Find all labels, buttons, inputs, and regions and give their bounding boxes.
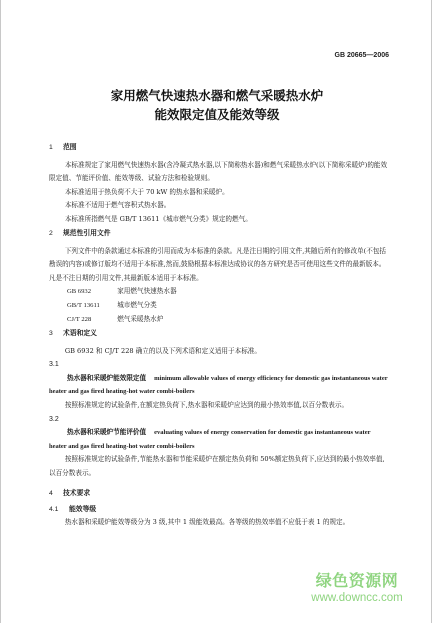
watermark-url: www.downcc.com — [297, 591, 417, 605]
document-title: 家用燃气快速热水器和燃气采暖热水炉 能效限定值及能效等级 — [1, 86, 432, 124]
section-3: 3术语和定义 GB 6932 和 CJ/T 228 确立的以及下列术语和定义适用… — [49, 327, 389, 481]
paragraph: 热水器和采暖炉能效等级分为 3 级,其中 1 级能效最高。各等级的热效率值不应低… — [49, 516, 389, 530]
paragraph: 本标准所指燃气是 GB/T 13611《城市燃气分类》规定的燃气。 — [49, 213, 389, 227]
reference-item: CJ/T 228 燃气采暖热水炉 — [67, 313, 389, 327]
document-page: GB 20665—2006 家用燃气快速热水器和燃气采暖热水炉 能效限定值及能效… — [0, 0, 432, 623]
subsection-heading: 4.1能效等级 — [49, 503, 389, 517]
section-heading: 2规范性引用文件 — [49, 227, 389, 241]
paragraph: GB 6932 和 CJ/T 228 确立的以及下列术语和定义适用于本标准。 — [49, 345, 389, 359]
watermark: 绿色资源网 www.downcc.com — [297, 571, 417, 605]
term-definition: 按照标准规定的试验条件,节能热水器和节能采暖炉在额定热负荷和 50%额定热负荷下… — [49, 453, 389, 480]
section-2: 2规范性引用文件 下列文件中的条款通过本标准的引用而成为本标准的条款。凡是注日期… — [49, 227, 389, 326]
paragraph: 本标准规定了家用燃气快速热水器(含冷凝式热水器,以下简称热水器)和燃气采暖热水炉… — [49, 159, 389, 186]
reference-item: GB 6932 家用燃气快速热水器 — [67, 285, 389, 299]
section-heading: 3术语和定义 — [49, 327, 389, 341]
paragraph: 本标准不适用于燃气容积式热水器。 — [49, 199, 389, 213]
section-heading: 1范围 — [49, 141, 389, 155]
title-line-1: 家用燃气快速热水器和燃气采暖热水炉 — [1, 86, 432, 105]
watermark-name: 绿色资源网 — [297, 571, 417, 591]
section-1: 1范围 本标准规定了家用燃气快速热水器(含冷凝式热水器,以下简称热水器)和燃气采… — [49, 141, 389, 227]
term-number: 3.1 — [49, 358, 389, 372]
title-line-2: 能效限定值及能效等级 — [1, 105, 432, 124]
term-number: 3.2 — [49, 413, 389, 427]
reference-item: GB/T 13611 城市燃气分类 — [67, 299, 389, 313]
section-heading: 4技术要求 — [49, 487, 389, 501]
section-4: 4技术要求 4.1能效等级 热水器和采暖炉能效等级分为 3 级,其中 1 级能效… — [49, 487, 389, 530]
term-definition: 按照标准规定的试验条件,在额定热负荷下,热水器和采暖炉应达到的最小热效率值,以百… — [49, 399, 389, 413]
standard-number: GB 20665—2006 — [335, 52, 389, 59]
paragraph: 下列文件中的条款通过本标准的引用而成为本标准的条款。凡是注日期的引用文件,其随后… — [49, 245, 389, 286]
paragraph: 本标准适用于热负荷不大于 70 kW 的热水器和采暖炉。 — [49, 186, 389, 200]
term-heading: 热水器和采暖炉节能评价值evaluating values of energy … — [49, 426, 389, 453]
term-heading: 热水器和采暖炉能效限定值minimum allowable values of … — [49, 372, 389, 399]
